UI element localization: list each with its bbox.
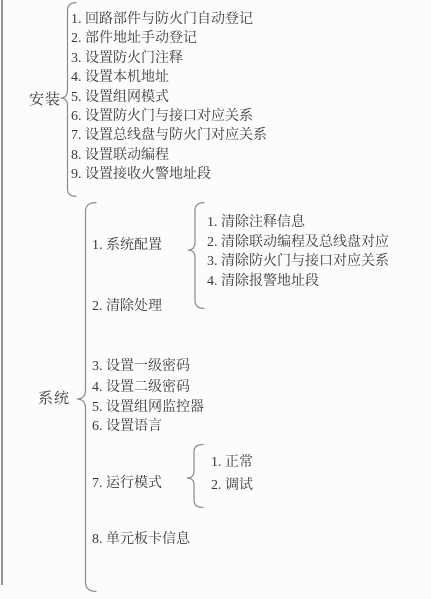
page-edge-line (1, 0, 3, 585)
system-menu-item-network-monitor: 5. 设置组网监控器 (92, 400, 204, 416)
system-config-brace (187, 202, 205, 309)
install-menu-item: 4. 设置本机地址 (71, 68, 267, 87)
install-menu-item: 7. 设置总线盘与防火门对应关系 (71, 126, 267, 145)
install-menu-item: 1. 回路部件与防火门自动登记 (71, 10, 267, 29)
system-menu-item-run-mode: 7. 运行模式 (92, 476, 162, 492)
config-submenu-item: 1. 清除注释信息 (207, 213, 389, 233)
install-menu-item: 9. 设置接收火警地址段 (71, 165, 267, 184)
run-mode-brace (186, 444, 204, 508)
install-root-label: 安装 (29, 92, 61, 108)
install-menu-list: 1. 回路部件与防火门自动登记 2. 部件地址手动登记 3. 设置防火门注释 4… (71, 10, 267, 185)
system-menu-item-password1: 3. 设置一级密码 (92, 359, 190, 375)
run-mode-submenu-item: 2. 调试 (211, 475, 253, 498)
install-menu-item: 5. 设置组网模式 (71, 88, 267, 107)
system-menu-item-clear: 2. 清除处理 (92, 299, 162, 315)
run-mode-submenu-item: 1. 正常 (211, 452, 253, 475)
system-menu-item-unit-board-info: 8. 单元板卡信息 (92, 532, 190, 548)
install-menu-item: 3. 设置防火门注释 (71, 49, 267, 68)
run-mode-submenu-list: 1. 正常 2. 调试 (211, 452, 253, 497)
install-menu-item: 2. 部件地址手动登记 (71, 29, 267, 48)
config-submenu-item: 3. 清除防火门与接口对应关系 (207, 252, 389, 272)
config-submenu-item: 4. 清除报警地址段 (207, 272, 389, 292)
system-menu-item-language: 6. 设置语言 (92, 419, 162, 435)
config-submenu-list: 1. 清除注释信息 2. 清除联动编程及总线盘对应 3. 清除防火门与接口对应关… (207, 213, 389, 291)
config-submenu-item: 2. 清除联动编程及总线盘对应 (207, 233, 389, 253)
system-root-label: 系统 (38, 391, 70, 407)
menu-tree-diagram: 安装 1. 回路部件与防火门自动登记 2. 部件地址手动登记 3. 设置防火门注… (0, 0, 431, 599)
system-menu-item-password2: 4. 设置二级密码 (92, 380, 190, 396)
install-menu-item: 8. 设置联动编程 (71, 146, 267, 165)
system-menu-item-config: 1. 系统配置 (92, 238, 162, 254)
install-menu-item: 6. 设置防火门与接口对应关系 (71, 107, 267, 126)
